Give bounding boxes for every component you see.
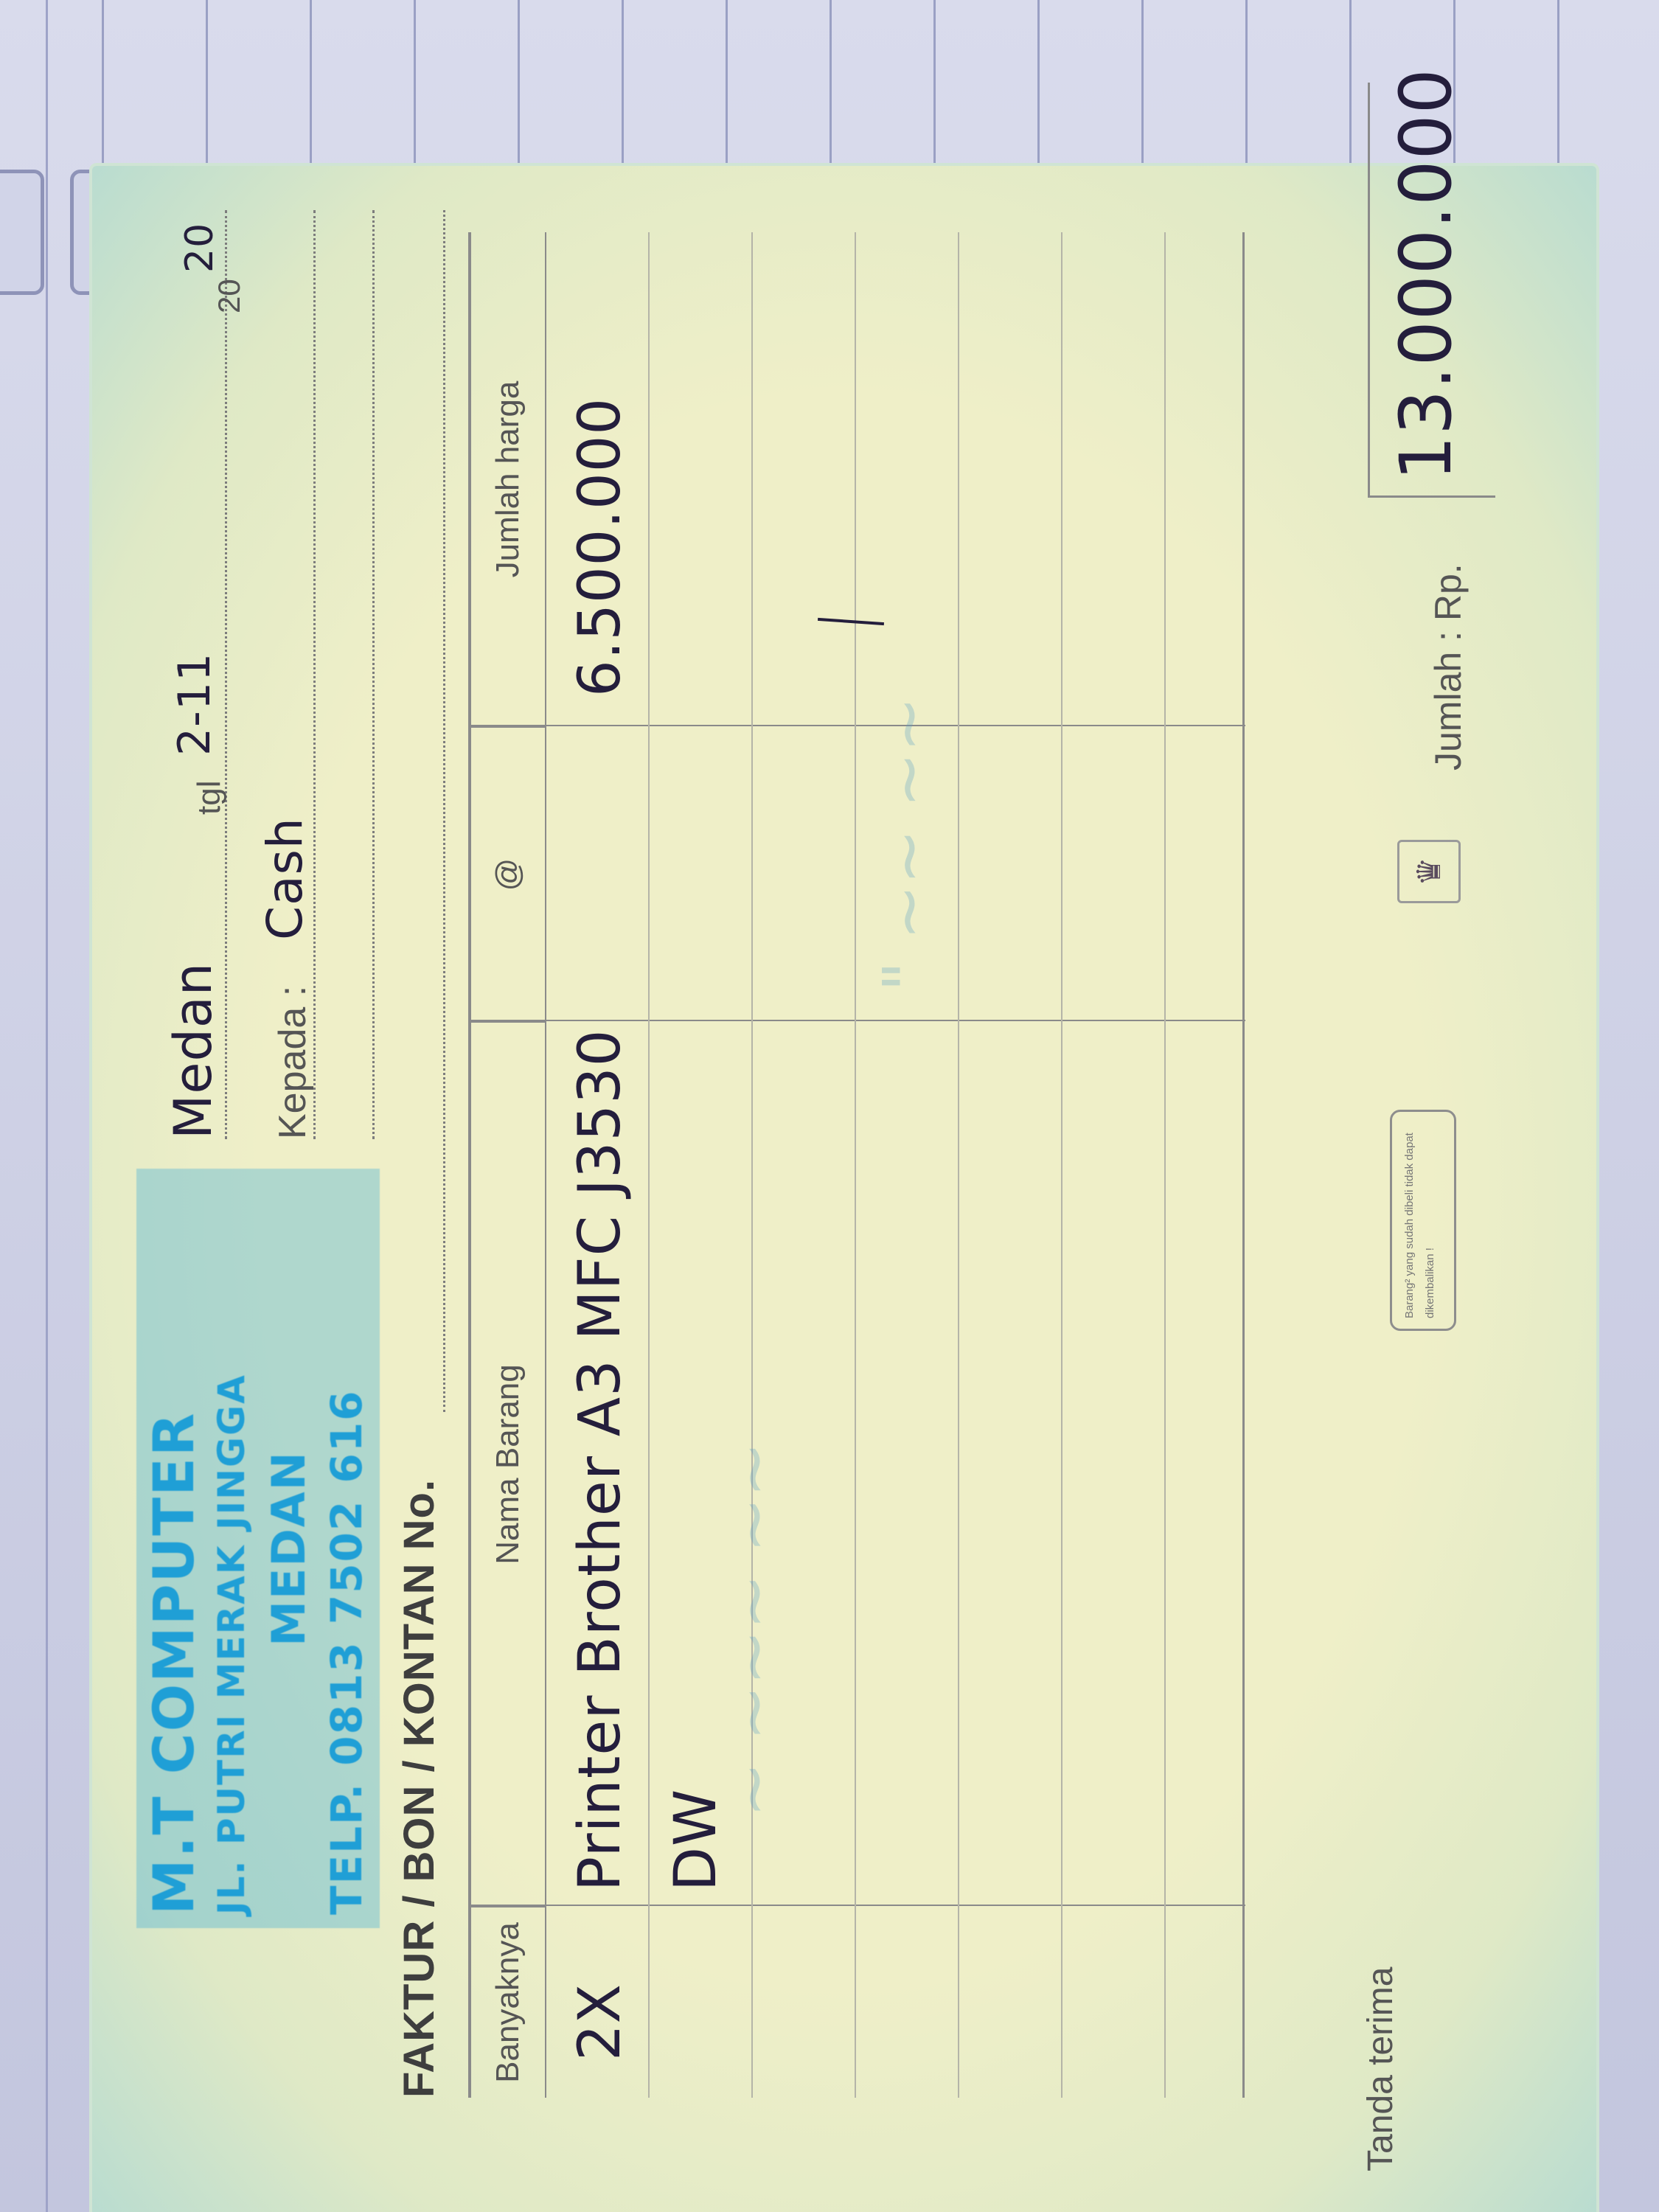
place-value: Medan <box>163 962 223 1139</box>
column-divider <box>471 1020 1245 1021</box>
recipient-line: Kepada : Cash <box>262 210 316 1139</box>
row-item-name: Printer Brother A3 MFC J3530 <box>567 1029 633 1891</box>
stamp-shop-name: M.T COMPUTER <box>145 1182 203 1915</box>
column-header-unit-price: @ <box>471 726 545 1021</box>
stamp-address: JL. PUTRI MERAK JINGGA <box>203 1182 260 1915</box>
receipt-signature-label: Tanda terima <box>1360 1967 1401 2171</box>
notebook-margin-line <box>46 0 48 2212</box>
invoice-number-line <box>443 210 445 1412</box>
place-date-line: Medan tgl 2-11 20 20 <box>173 210 227 1139</box>
total-value: 13.000.000 <box>1385 68 1467 481</box>
column-header-amount: Jumlah harga <box>471 232 545 726</box>
year-prefix: 20 <box>212 279 247 313</box>
recipient-label: Kepada : <box>271 986 315 1139</box>
row-rule <box>648 232 650 2098</box>
shop-stamp: M.T COMPUTER JL. PUTRI MERAK JINGGA MEDA… <box>136 1169 380 1928</box>
total-box: 13.000.000 <box>1368 83 1495 498</box>
column-divider <box>471 725 1245 726</box>
column-header-quantity: Banyaknya <box>471 1906 545 2098</box>
items-table: Banyaknya Nama Barang @ Jumlah harga 2X … <box>468 232 1245 2098</box>
row-rule <box>958 232 959 2098</box>
row-quantity: 2X <box>567 1983 633 2061</box>
total-label: Jumlah : Rp. <box>1427 563 1470 771</box>
row-amount: 6.500.000 <box>567 397 633 697</box>
bleed-through-ink: ~ ~~~ ~~ <box>714 1441 792 1818</box>
notebook-binder-hole <box>0 170 44 295</box>
receipt-paper: M.T COMPUTER JL. PUTRI MERAK JINGGA MEDA… <box>92 166 1596 2212</box>
recipient-value: Cash <box>257 817 313 940</box>
year-suffix: 20 <box>178 223 222 273</box>
row-rule <box>855 232 856 2098</box>
stamp-city: MEDAN <box>260 1182 318 1915</box>
ditto-mark <box>818 618 884 625</box>
row-rule <box>1164 232 1166 2098</box>
row-rule <box>751 232 753 2098</box>
blank-dotted-line <box>365 210 375 1139</box>
date-value: 2-11 <box>169 653 220 756</box>
document-title: FAKTUR / BON / KONTAN No. <box>394 1479 444 2098</box>
printer-logo-icon: ♛ <box>1397 840 1461 903</box>
stamp-phone: TELP. 0813 7502 616 <box>318 1182 375 1915</box>
footer-divider <box>1242 232 1245 2098</box>
column-header-item-name: Nama Barang <box>471 1021 545 1906</box>
date-label: tgl <box>191 781 228 815</box>
column-divider <box>471 1905 1245 1906</box>
bleed-through-ink: " ~~ ~~ <box>869 697 947 992</box>
row-rule <box>1061 232 1062 2098</box>
header-divider <box>545 232 546 2098</box>
no-return-notice: Barang² yang sudah dibeli tidak dapat di… <box>1390 1110 1456 1331</box>
